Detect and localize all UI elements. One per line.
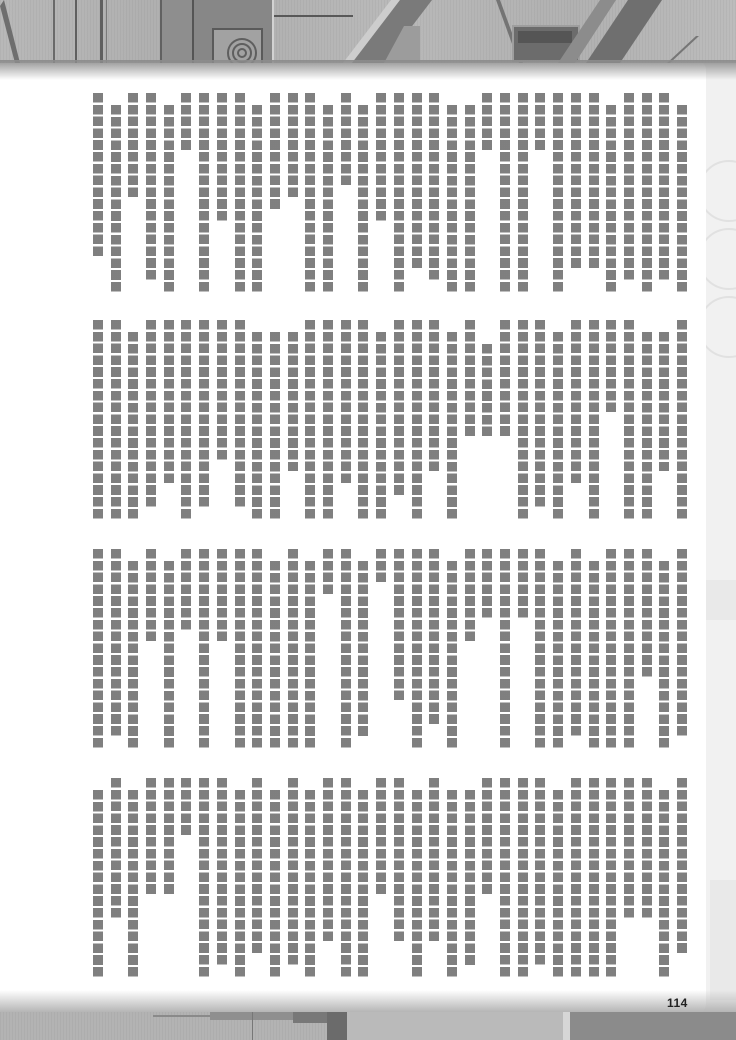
text-column — [482, 549, 492, 618]
text-column — [252, 778, 262, 953]
text-column — [589, 320, 599, 519]
text-tier-4 — [0, 778, 736, 980]
text-column — [93, 790, 103, 977]
text-column — [305, 320, 315, 519]
text-column — [482, 93, 492, 150]
text-column — [164, 561, 174, 748]
text-column — [482, 778, 492, 894]
text-column — [217, 549, 227, 641]
text-column — [642, 778, 652, 918]
text-column — [589, 561, 599, 748]
text-column — [128, 561, 138, 748]
text-column — [412, 93, 422, 268]
text-column — [394, 320, 404, 495]
text-column — [164, 105, 174, 292]
text-tier-1 — [0, 93, 736, 295]
text-column — [235, 790, 245, 977]
text-column — [111, 105, 121, 292]
text-column — [677, 320, 687, 519]
text-column — [447, 561, 457, 748]
text-column — [323, 549, 333, 594]
text-column — [465, 790, 475, 965]
text-column — [181, 549, 191, 630]
text-column — [500, 93, 510, 292]
text-column — [465, 105, 475, 292]
text-column — [199, 549, 209, 748]
text-column — [429, 320, 439, 471]
text-column — [535, 93, 545, 150]
text-column — [358, 105, 368, 292]
text-column — [394, 93, 404, 292]
text-column — [341, 778, 351, 977]
text-column — [465, 549, 475, 641]
text-column — [288, 332, 298, 472]
text-column — [305, 93, 315, 292]
text-column — [553, 93, 563, 292]
text-column — [571, 320, 581, 483]
text-column — [288, 778, 298, 965]
text-column — [164, 778, 174, 894]
text-column — [589, 93, 599, 268]
text-column — [606, 549, 616, 748]
text-column — [412, 320, 422, 519]
text-column — [235, 549, 245, 748]
text-column — [146, 549, 156, 641]
text-column — [270, 790, 280, 977]
text-column — [518, 93, 528, 292]
text-column — [252, 332, 262, 519]
text-column — [181, 93, 191, 150]
text-column — [606, 105, 616, 292]
text-column — [394, 549, 404, 700]
text-column — [659, 332, 669, 472]
text-column — [465, 320, 475, 436]
text-column — [500, 320, 510, 436]
text-column — [341, 320, 351, 483]
text-column — [305, 561, 315, 748]
text-tier-3 — [0, 549, 736, 751]
text-tier-2 — [0, 320, 736, 522]
text-column — [429, 778, 439, 941]
text-column — [235, 320, 245, 507]
text-column — [447, 332, 457, 519]
text-column — [93, 320, 103, 519]
text-column — [128, 790, 138, 977]
text-column — [553, 561, 563, 748]
text-column — [323, 320, 333, 519]
body-text — [0, 0, 736, 1040]
text-column — [217, 320, 227, 460]
text-column — [376, 332, 386, 519]
text-column — [571, 778, 581, 977]
text-column — [323, 778, 333, 941]
text-column — [217, 778, 227, 965]
text-column — [128, 332, 138, 519]
text-column — [341, 93, 351, 185]
text-column — [358, 790, 368, 977]
text-column — [500, 778, 510, 977]
text-column — [376, 778, 386, 894]
text-column — [341, 549, 351, 748]
text-column — [252, 549, 262, 748]
text-column — [270, 332, 280, 519]
text-column — [642, 549, 652, 677]
text-column — [677, 105, 687, 292]
text-column — [553, 790, 563, 977]
text-column — [235, 93, 245, 292]
text-column — [288, 549, 298, 748]
text-column — [146, 778, 156, 894]
text-column — [358, 320, 368, 519]
text-column — [252, 105, 262, 292]
text-column — [270, 93, 280, 209]
text-column — [606, 778, 616, 977]
text-column — [412, 549, 422, 748]
text-column — [624, 320, 634, 519]
text-column — [111, 549, 121, 736]
text-column — [394, 778, 404, 941]
text-column — [217, 93, 227, 221]
text-column — [288, 93, 298, 197]
text-column — [93, 549, 103, 748]
text-column — [270, 561, 280, 748]
text-column — [447, 105, 457, 292]
text-column — [164, 320, 174, 483]
text-column — [535, 549, 545, 748]
text-column — [624, 549, 634, 748]
text-column — [376, 93, 386, 221]
text-column — [677, 549, 687, 736]
text-column — [500, 549, 510, 748]
text-column — [553, 332, 563, 519]
text-column — [181, 320, 191, 519]
text-column — [571, 93, 581, 268]
text-column — [624, 93, 634, 280]
text-column — [535, 320, 545, 507]
text-column — [199, 320, 209, 507]
page-number: 114 — [667, 996, 688, 1010]
text-column — [642, 93, 652, 292]
text-column — [199, 93, 209, 292]
text-column — [146, 320, 156, 507]
text-column — [93, 93, 103, 256]
text-column — [571, 549, 581, 736]
text-column — [659, 93, 669, 280]
text-column — [518, 778, 528, 977]
text-column — [659, 790, 669, 977]
text-column — [659, 561, 669, 748]
text-column — [518, 549, 528, 618]
text-column — [111, 778, 121, 918]
text-column — [358, 561, 368, 736]
text-column — [429, 93, 439, 280]
text-column — [677, 778, 687, 953]
text-column — [429, 549, 439, 724]
text-column — [518, 320, 528, 519]
text-column — [128, 93, 138, 197]
text-column — [642, 332, 652, 519]
text-column — [535, 778, 545, 965]
text-column — [181, 778, 191, 835]
text-column — [412, 790, 422, 977]
text-column — [624, 778, 634, 918]
text-column — [111, 320, 121, 519]
text-column — [447, 790, 457, 977]
text-column — [146, 93, 156, 280]
text-column — [199, 778, 209, 977]
text-column — [323, 105, 333, 292]
text-column — [606, 320, 616, 412]
text-column — [305, 790, 315, 977]
text-column — [589, 778, 599, 977]
text-column — [482, 344, 492, 436]
text-column — [376, 549, 386, 582]
